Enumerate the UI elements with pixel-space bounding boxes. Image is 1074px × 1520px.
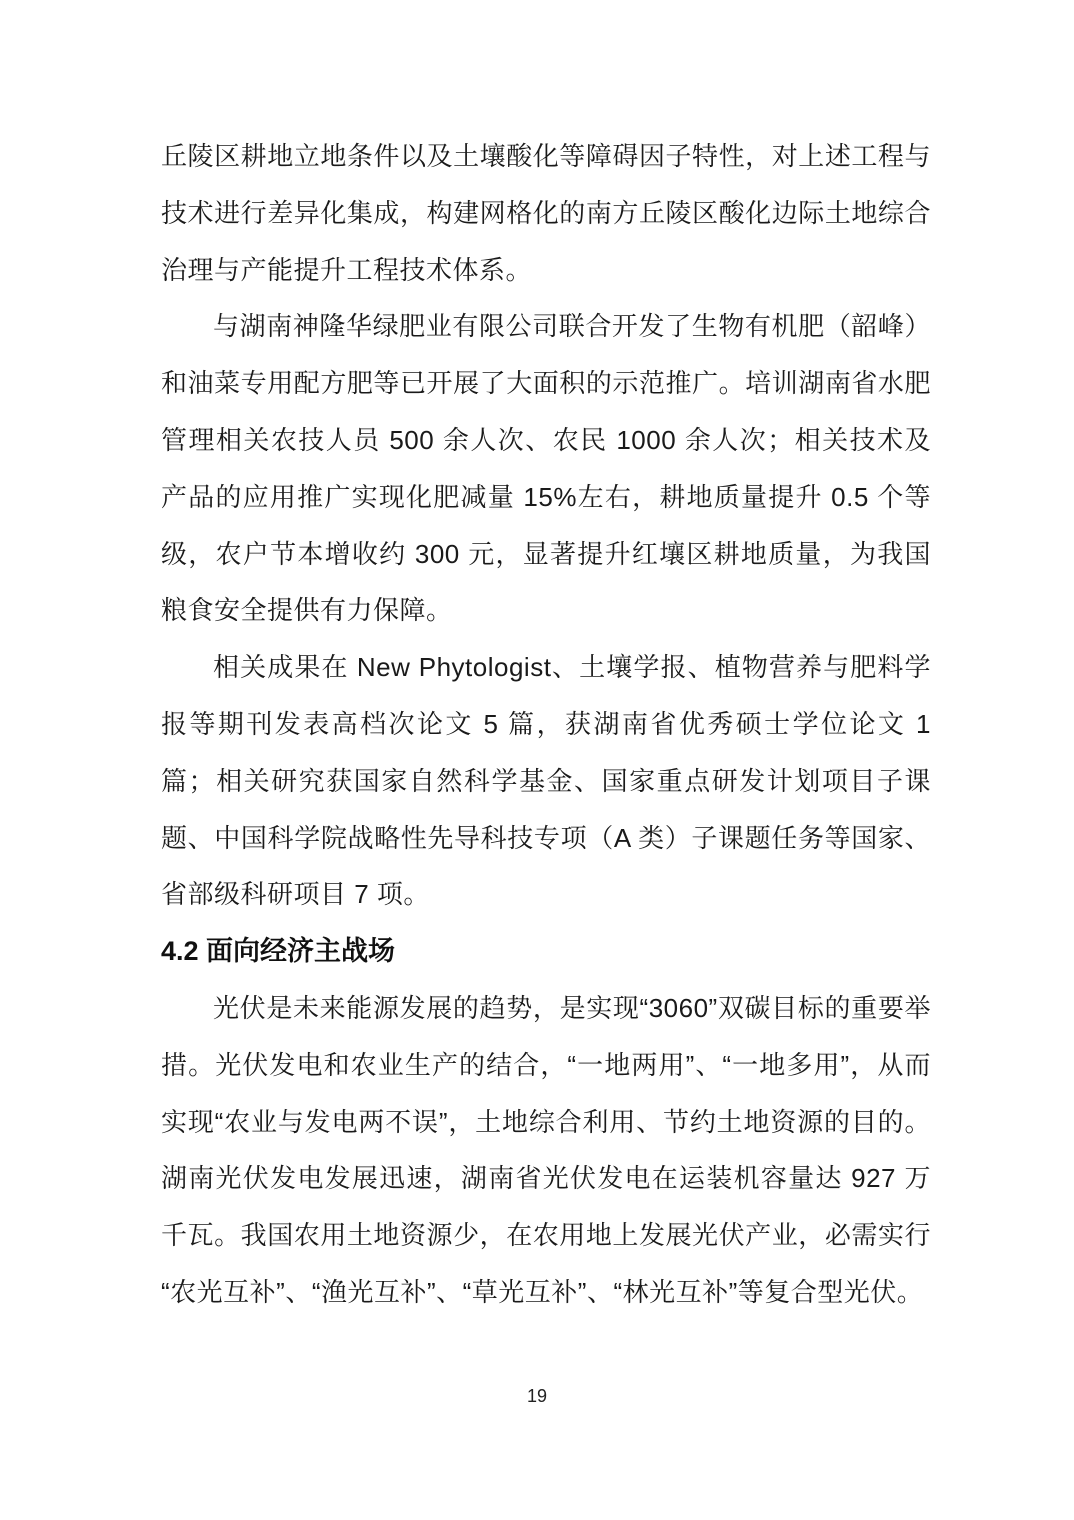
- document-content: 丘陵区耕地立地条件以及土壤酸化等障碍因子特性，对上述工程与技术进行差异化集成，构…: [161, 128, 931, 1321]
- paragraph-research-achievements: 相关成果在 New Phytologist、土壤学报、植物营养与肥料学报等期刊发…: [161, 639, 931, 923]
- section-heading-4-2: 4.2 面向经济主战场: [161, 923, 931, 980]
- document-page: 丘陵区耕地立地条件以及土壤酸化等障碍因子特性，对上述工程与技术进行差异化集成，构…: [0, 0, 1074, 1520]
- paragraph-continuation: 丘陵区耕地立地条件以及土壤酸化等障碍因子特性，对上述工程与技术进行差异化集成，构…: [161, 128, 931, 298]
- page-number: 19: [0, 1386, 1074, 1407]
- paragraph-photovoltaic: 光伏是未来能源发展的趋势，是实现“3060”双碳目标的重要举措。光伏发电和农业生…: [161, 980, 931, 1321]
- paragraph-fertilizer-promotion: 与湖南神隆华绿肥业有限公司联合开发了生物有机肥（韶峰）和油菜专用配方肥等已开展了…: [161, 298, 931, 639]
